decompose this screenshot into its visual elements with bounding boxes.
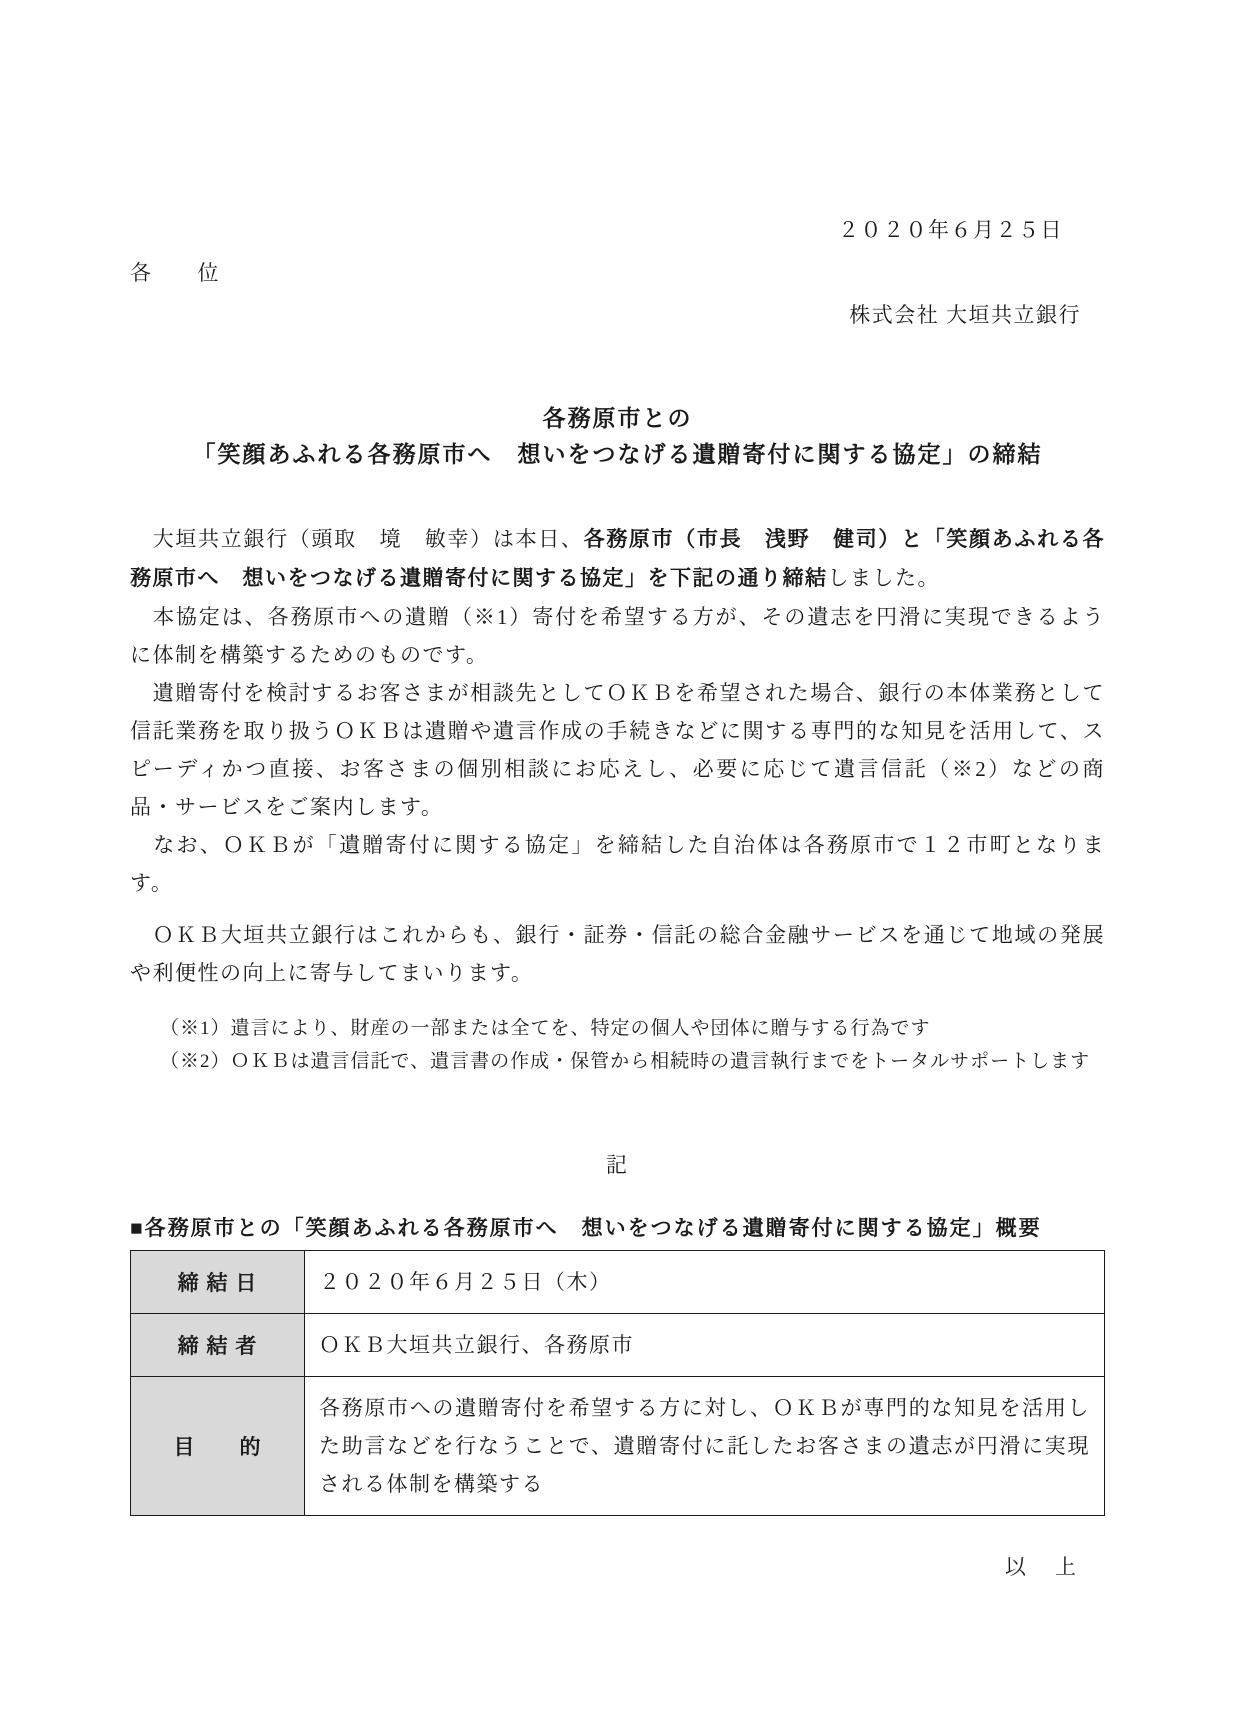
paragraph-1-regular-lead: 大垣共立銀行（頭取 境 敏幸）は本日、 xyxy=(130,527,584,551)
row-value-purpose: 各務原市への遺贈寄付を希望する方に対し、ＯＫＢが専門的な知見を活用した助言などを… xyxy=(305,1377,1105,1516)
date-line: ２０２０年６月２５日 xyxy=(130,215,1063,245)
paragraph-1-regular-tail: しました。 xyxy=(828,566,941,590)
footnotes: （※1）遺言により、財産の一部または全てを、特定の個人や団体に贈与する行為です … xyxy=(130,1012,1105,1078)
agreement-summary-table: 締 結 日 ２０２０年６月２５日（木） 締 結 者 ＯＫＢ大垣共立銀行、各務原市… xyxy=(130,1250,1105,1516)
row-value-conclusion-date: ２０２０年６月２５日（木） xyxy=(305,1251,1105,1314)
paragraph-1: 大垣共立銀行（頭取 境 敏幸）は本日、各務原市（市長 浅野 健司）と「笑顔あふれ… xyxy=(130,520,1105,598)
footnote-2: （※2）ＯＫＢは遺言信託で、遺言書の作成・保管から相続時の遺言執行までをトータル… xyxy=(160,1045,1105,1078)
document-title: 各務原市との 「笑顔あふれる各務原市へ 想いをつなげる遺贈寄付に関する協定」の締… xyxy=(130,400,1105,472)
paragraph-4: なお、ＯＫＢが「遺贈寄付に関する協定」を締結した自治体は各務原市で１２市町となり… xyxy=(130,826,1105,902)
footnote-1: （※1）遺言により、財産の一部または全てを、特定の個人や団体に贈与する行為です xyxy=(160,1012,1105,1045)
record-marker: 記 xyxy=(130,1150,1105,1180)
paragraph-5: ＯＫＢ大垣共立銀行はこれからも、銀行・証券・信託の総合金融サービスを通じて地域の… xyxy=(130,916,1105,992)
paragraph-2: 本協定は、各務原市への遺贈（※1）寄付を希望する方が、その遺志を円滑に実現できる… xyxy=(130,598,1105,674)
row-label-parties: 締 結 者 xyxy=(131,1314,305,1377)
row-label-purpose: 目 的 xyxy=(131,1377,305,1516)
row-label-conclusion-date: 締 結 日 xyxy=(131,1251,305,1314)
addressee: 各 位 xyxy=(130,258,1105,288)
company-name: 株式会社 大垣共立銀行 xyxy=(130,300,1081,330)
summary-heading: ■各務原市との「笑顔あふれる各務原市へ 想いをつなげる遺贈寄付に関する協定」概要 xyxy=(130,1214,1105,1244)
table-row-parties: 締 結 者 ＯＫＢ大垣共立銀行、各務原市 xyxy=(131,1314,1105,1377)
row-value-parties: ＯＫＢ大垣共立銀行、各務原市 xyxy=(305,1314,1105,1377)
title-line-2: 「笑顔あふれる各務原市へ 想いをつなげる遺贈寄付に関する協定」の締結 xyxy=(130,436,1105,472)
table-row-purpose: 目 的 各務原市への遺贈寄付を希望する方に対し、ＯＫＢが専門的な知見を活用した助… xyxy=(131,1377,1105,1516)
body-text: 大垣共立銀行（頭取 境 敏幸）は本日、各務原市（市長 浅野 健司）と「笑顔あふれ… xyxy=(130,520,1105,992)
table-row-conclusion-date: 締 結 日 ２０２０年６月２５日（木） xyxy=(131,1251,1105,1314)
closing: 以 上 xyxy=(130,1552,1080,1582)
title-line-1: 各務原市との xyxy=(130,400,1105,436)
press-release-page: ２０２０年６月２５日 各 位 株式会社 大垣共立銀行 各務原市との 「笑顔あふれ… xyxy=(0,0,1234,1712)
paragraph-3: 遺贈寄付を検討するお客さまが相談先としてＯＫＢを希望された場合、銀行の本体業務と… xyxy=(130,674,1105,826)
